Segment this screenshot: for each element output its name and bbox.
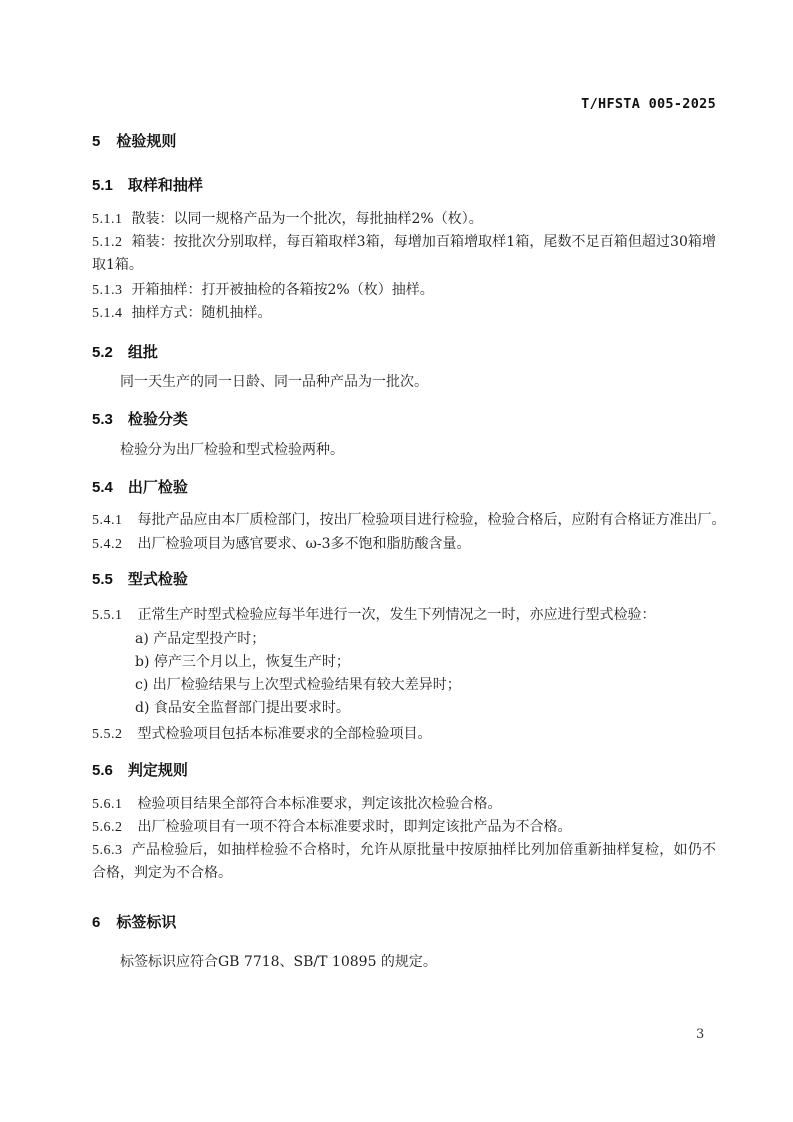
clause-number: 5.6.2 [92,820,123,835]
section-title: 出厂检验 [128,479,188,496]
chapter-title: 标签标识 [116,914,176,931]
clause-number: 5.4.1 [92,513,123,528]
clause-5-1-2: 5.1.2箱装：按批次分别取样，每百箱取样3箱，每增加百箱增取样1箱，尾数不足百… [92,231,716,277]
clause-text: 出厂检验项目有一项不符合本标准要求时，即判定该批产品为不合格。 [138,819,572,835]
clause-text: 开箱抽样：打开被抽检的各箱按2%（枚）抽样。 [132,282,434,298]
paragraph-6: 标签标识应符合GB 7718、SB/T 10895 的规定。 [92,951,716,974]
section-title: 检验分类 [128,411,188,428]
type-inspection-condition-list: a) 产品定型投产时； b) 停产三个月以上，恢复生产时； c) 出厂检验结果与… [92,628,716,720]
clause-number: 5.1.3 [92,283,123,298]
clause-5-1-3: 5.1.3开箱抽样：打开被抽检的各箱按2%（枚）抽样。 [92,279,716,302]
clause-text: 型式检验项目包括本标准要求的全部检验项目。 [138,726,432,742]
section-number: 5.1 [92,177,113,194]
clause-number: 5.1.1 [92,212,123,227]
list-item-d: d) 食品安全监督部门提出要求时。 [92,697,716,720]
clause-5-5-1: 5.5.1正常生产时型式检验应每半年进行一次，发生下列情况之一时，亦应进行型式检… [92,604,716,627]
paragraph-5-2: 同一天生产的同一日龄、同一品种产品为一批次。 [92,371,716,394]
clause-5-6-1: 5.6.1检验项目结果全部符合本标准要求，判定该批次检验合格。 [92,793,716,816]
clause-number: 5.5.2 [92,727,123,742]
clause-5-5-2: 5.5.2型式检验项目包括本标准要求的全部检验项目。 [92,723,716,746]
list-item-b: b) 停产三个月以上，恢复生产时； [92,651,716,674]
clause-number: 5.6.3 [92,843,123,858]
section-number: 5.4 [92,479,113,496]
section-title: 组批 [128,344,158,361]
chapter-title: 检验规则 [116,133,176,150]
clause-number: 5.1.4 [92,306,123,321]
chapter-5-heading: 5检验规则 [92,130,716,153]
chapter-number: 5 [92,133,100,150]
clause-number: 5.1.2 [92,235,123,250]
list-item-c: c) 出厂检验结果与上次型式检验结果有较大差异时； [92,674,716,697]
clause-text: 正常生产时型式检验应每半年进行一次，发生下列情况之一时，亦应进行型式检验： [138,607,656,623]
section-5-5-heading: 5.5型式检验 [92,568,716,591]
section-number: 5.5 [92,571,113,588]
clause-text: 检验项目结果全部符合本标准要求，判定该批次检验合格。 [138,796,502,812]
clause-5-1-4: 5.1.4抽样方式：随机抽样。 [92,302,716,325]
clause-5-1-1: 5.1.1散装：以同一规格产品为一个批次，每批抽样2%（枚）。 [92,208,716,231]
section-5-3-heading: 5.3检验分类 [92,408,716,431]
clause-text: 散装：以同一规格产品为一个批次，每批抽样2%（枚）。 [132,211,483,227]
paragraph-5-3: 检验分为出厂检验和型式检验两种。 [92,439,716,462]
section-5-2-heading: 5.2组批 [92,341,716,364]
chapter-6-heading: 6标签标识 [92,911,716,934]
clause-5-6-2: 5.6.2出厂检验项目有一项不符合本标准要求时，即判定该批产品为不合格。 [92,816,716,839]
section-title: 取样和抽样 [128,177,203,194]
clause-text: 箱装：按批次分别取样，每百箱取样3箱，每增加百箱增取样1箱，尾数不足百箱但超过3… [92,234,716,273]
section-title: 型式检验 [128,571,188,588]
standard-number: T/HFSTA 005-2025 [92,93,716,116]
section-number: 5.3 [92,411,113,428]
section-5-1-heading: 5.1取样和抽样 [92,174,716,197]
page-content: T/HFSTA 005-2025 5检验规则 5.1取样和抽样 5.1.1散装：… [92,0,716,974]
section-number: 5.6 [92,762,113,779]
clause-5-4-1: 5.4.1每批产品应由本厂质检部门，按出厂检验项目进行检验，检验合格后，应附有合… [92,509,716,532]
section-title: 判定规则 [128,762,188,779]
clause-5-4-2: 5.4.2出厂检验项目为感官要求、ω-3多不饱和脂肪酸含量。 [92,533,716,556]
chapter-number: 6 [92,914,100,931]
document-page: T/HFSTA 005-2025 5检验规则 5.1取样和抽样 5.1.1散装：… [0,0,793,1122]
section-5-4-heading: 5.4出厂检验 [92,476,716,499]
clause-text: 产品检验后，如抽样检验不合格时，允许从原批量中按原抽样比列加倍重新抽样复检，如仍… [92,842,716,881]
clause-number: 5.6.1 [92,797,123,812]
section-number: 5.2 [92,344,113,361]
list-item-a: a) 产品定型投产时； [92,628,716,651]
clause-number: 5.4.2 [92,537,123,552]
page-number: 3 [696,1026,704,1044]
clause-text: 抽样方式：随机抽样。 [132,305,272,321]
clause-number: 5.5.1 [92,608,123,623]
section-5-6-heading: 5.6判定规则 [92,759,716,782]
clause-text: 每批产品应由本厂质检部门，按出厂检验项目进行检验，检验合格后，应附有合格证方准出… [138,512,726,528]
clause-5-6-3: 5.6.3产品检验后，如抽样检验不合格时，允许从原批量中按原抽样比列加倍重新抽样… [92,839,716,885]
clause-text: 出厂检验项目为感官要求、ω-3多不饱和脂肪酸含量。 [138,536,471,552]
